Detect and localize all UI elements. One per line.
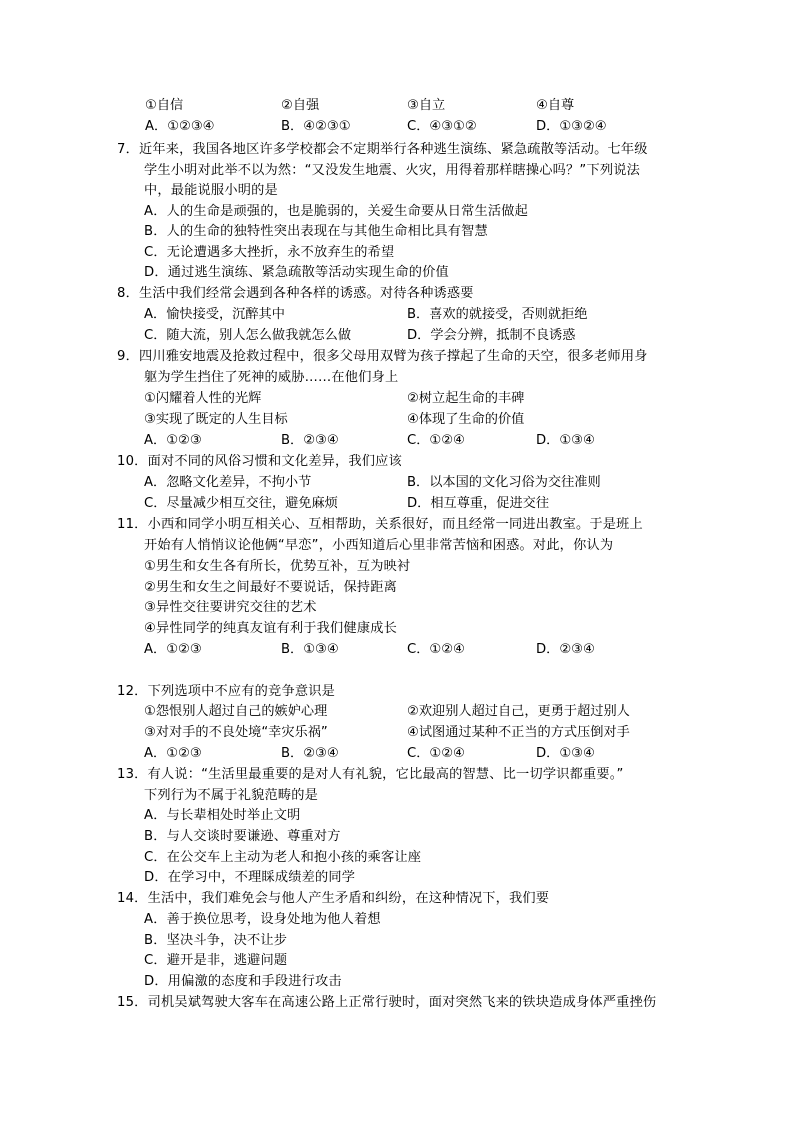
q10-stem: 10．面对不同的风俗习惯和文化差异，我们应该 [117,452,402,472]
q13-option-b: B．与人交谈时要谦逊、尊重对方 [144,827,341,847]
q12-option-b: B．②③④ [281,744,339,764]
q13-option-d: D．在学习中，不理睬成绩差的同学 [144,868,355,888]
q6-option-d: D．①③②④ [536,117,607,137]
q6-option-c: C．④③①② [407,117,477,137]
q14-option-a: A．善于换位思考，设身处地为他人着想 [144,910,381,930]
q9-item-1: ①闪耀着人性的光辉 [144,389,261,409]
q8-option-b: B．喜欢的就接受，否则就拒绝 [407,305,587,325]
q7-option-c: C．无论遭遇多大挫折，永不放弃生的希望 [144,243,394,263]
q12-option-c: C．①②④ [407,744,465,764]
q10-option-a: A．忽略文化差异，不拘小节 [144,473,311,493]
q9-option-b: B．②③④ [281,431,339,451]
q13-stem-line-2: 下列行为不属于礼貌范畴的是 [144,786,318,806]
q14-option-c: C．避开是非，逃避问题 [144,951,287,971]
q8-option-a: A．愉快接受，沉醉其中 [144,305,285,325]
q8-option-c: C．随大流，别人怎么做我就怎么做 [144,326,351,346]
q10-option-c: C．尽量减少相互交往，避免麻烦 [144,494,338,514]
q6-option-a: A．①②③④ [145,117,215,137]
q10-option-b: B．以本国的文化习俗为交往准则 [407,473,601,493]
q12-item-2: ②欢迎别人超过自己，更勇于超过别人 [407,702,630,722]
q7-stem-line-1: 7．近年来，我国各地区许多学校都会不定期举行各种逃生演练、紧急疏散等活动。七年级 [117,140,648,160]
q11-item-4: ④异性同学的纯真友谊有利于我们健康成长 [144,619,397,639]
q14-option-b: B．坚决斗争，决不让步 [144,931,287,951]
q13-stem-line-1: 13．有人说：“生活里最重要的是对人有礼貌，它比最高的智慧、比一切学识都重要。” [117,765,624,785]
q7-stem-line-2: 学生小明对此举不以为然：“又没发生地震、火灾，用得着那样瞎操心吗？”下列说法 [144,161,640,181]
q8-stem: 8．生活中我们经常会遇到各种各样的诱惑。对待各种诱惑要 [117,284,474,304]
q13-option-a: A．与长辈相处时举止文明 [144,806,300,826]
q9-stem-line-1: 9．四川雅安地震及抢救过程中，很多父母用双臂为孩子撑起了生命的天空，很多老师用身 [117,347,648,367]
q8-option-d: D．学会分辨，抵制不良诱惑 [407,326,575,346]
q10-option-d: D．相互尊重，促进交往 [407,494,549,514]
q12-stem: 12．下列选项中不应有的竞争意识是 [117,682,335,702]
q11-item-3: ③异性交往要讲究交往的艺术 [144,598,317,618]
q6-item-1: ①自信 [145,96,183,116]
q12-option-d: D．①③④ [536,744,595,764]
q11-option-a: A．①②③ [144,640,202,660]
q6-item-4: ④自尊 [536,96,574,116]
q9-item-4: ④体现了生命的价值 [407,410,524,430]
q11-option-c: C．①②④ [407,640,465,660]
q9-item-3: ③实现了既定的人生目标 [144,410,288,430]
q11-stem-line-1: 11．小西和同学小明互相关心、互相帮助，关系很好，而且经常一同进出教室。于是班上 [117,515,643,535]
q6-option-b: B．④②③① [281,117,351,137]
q7-option-d: D．通过逃生演练、紧急疏散等活动实现生命的价值 [144,263,449,283]
q11-item-2: ②男生和女生之间最好不要说话，保持距离 [144,578,397,598]
q7-option-b: B．人的生命的独特性突出表现在与其他生命相比具有智慧 [144,222,488,242]
q7-option-a: A．人的生命是顽强的，也是脆弱的，关爱生命要从日常生活做起 [144,202,528,222]
q11-stem-line-2: 开始有人悄悄议论他俩“早恋”，小西知道后心里非常苦恼和困惑。对此，你认为 [144,536,613,556]
q13-option-c: C．在公交车上主动为老人和抱小孩的乘客让座 [144,848,421,868]
q9-stem-line-2: 躯为学生挡住了死神的威胁……在他们身上 [144,368,398,388]
q6-item-3: ③自立 [407,96,445,116]
q9-option-c: C．①②④ [407,431,465,451]
q6-item-2: ②自强 [281,96,319,116]
q12-item-1: ①怨恨别人超过自己的嫉妒心理 [144,702,327,722]
q7-stem-line-3: 中，最能说服小明的是 [144,181,278,201]
q14-option-d: D．用偏激的态度和手段进行攻击 [144,972,342,992]
q11-item-1: ①男生和女生各有所长，优势互补，互为映衬 [144,557,410,577]
q12-item-3: ③对对手的不良处境“幸灾乐祸” [144,723,328,743]
q12-item-4: ④试图通过某种不正当的方式压倒对手 [407,723,630,743]
q9-option-d: D．①③④ [536,431,595,451]
q14-stem: 14．生活中，我们难免会与他人产生矛盾和纠纷，在这种情况下，我们要 [117,889,549,909]
q12-option-a: A．①②③ [144,744,202,764]
q15-stem: 15．司机吴斌驾驶大客车在高速公路上正常行驶时，面对突然飞来的铁块造成身体严重挫… [117,993,656,1013]
q9-option-a: A．①②③ [144,431,202,451]
q11-option-b: B．①③④ [281,640,339,660]
q9-item-2: ②树立起生命的丰碑 [407,389,524,409]
q11-option-d: D．②③④ [536,640,595,660]
